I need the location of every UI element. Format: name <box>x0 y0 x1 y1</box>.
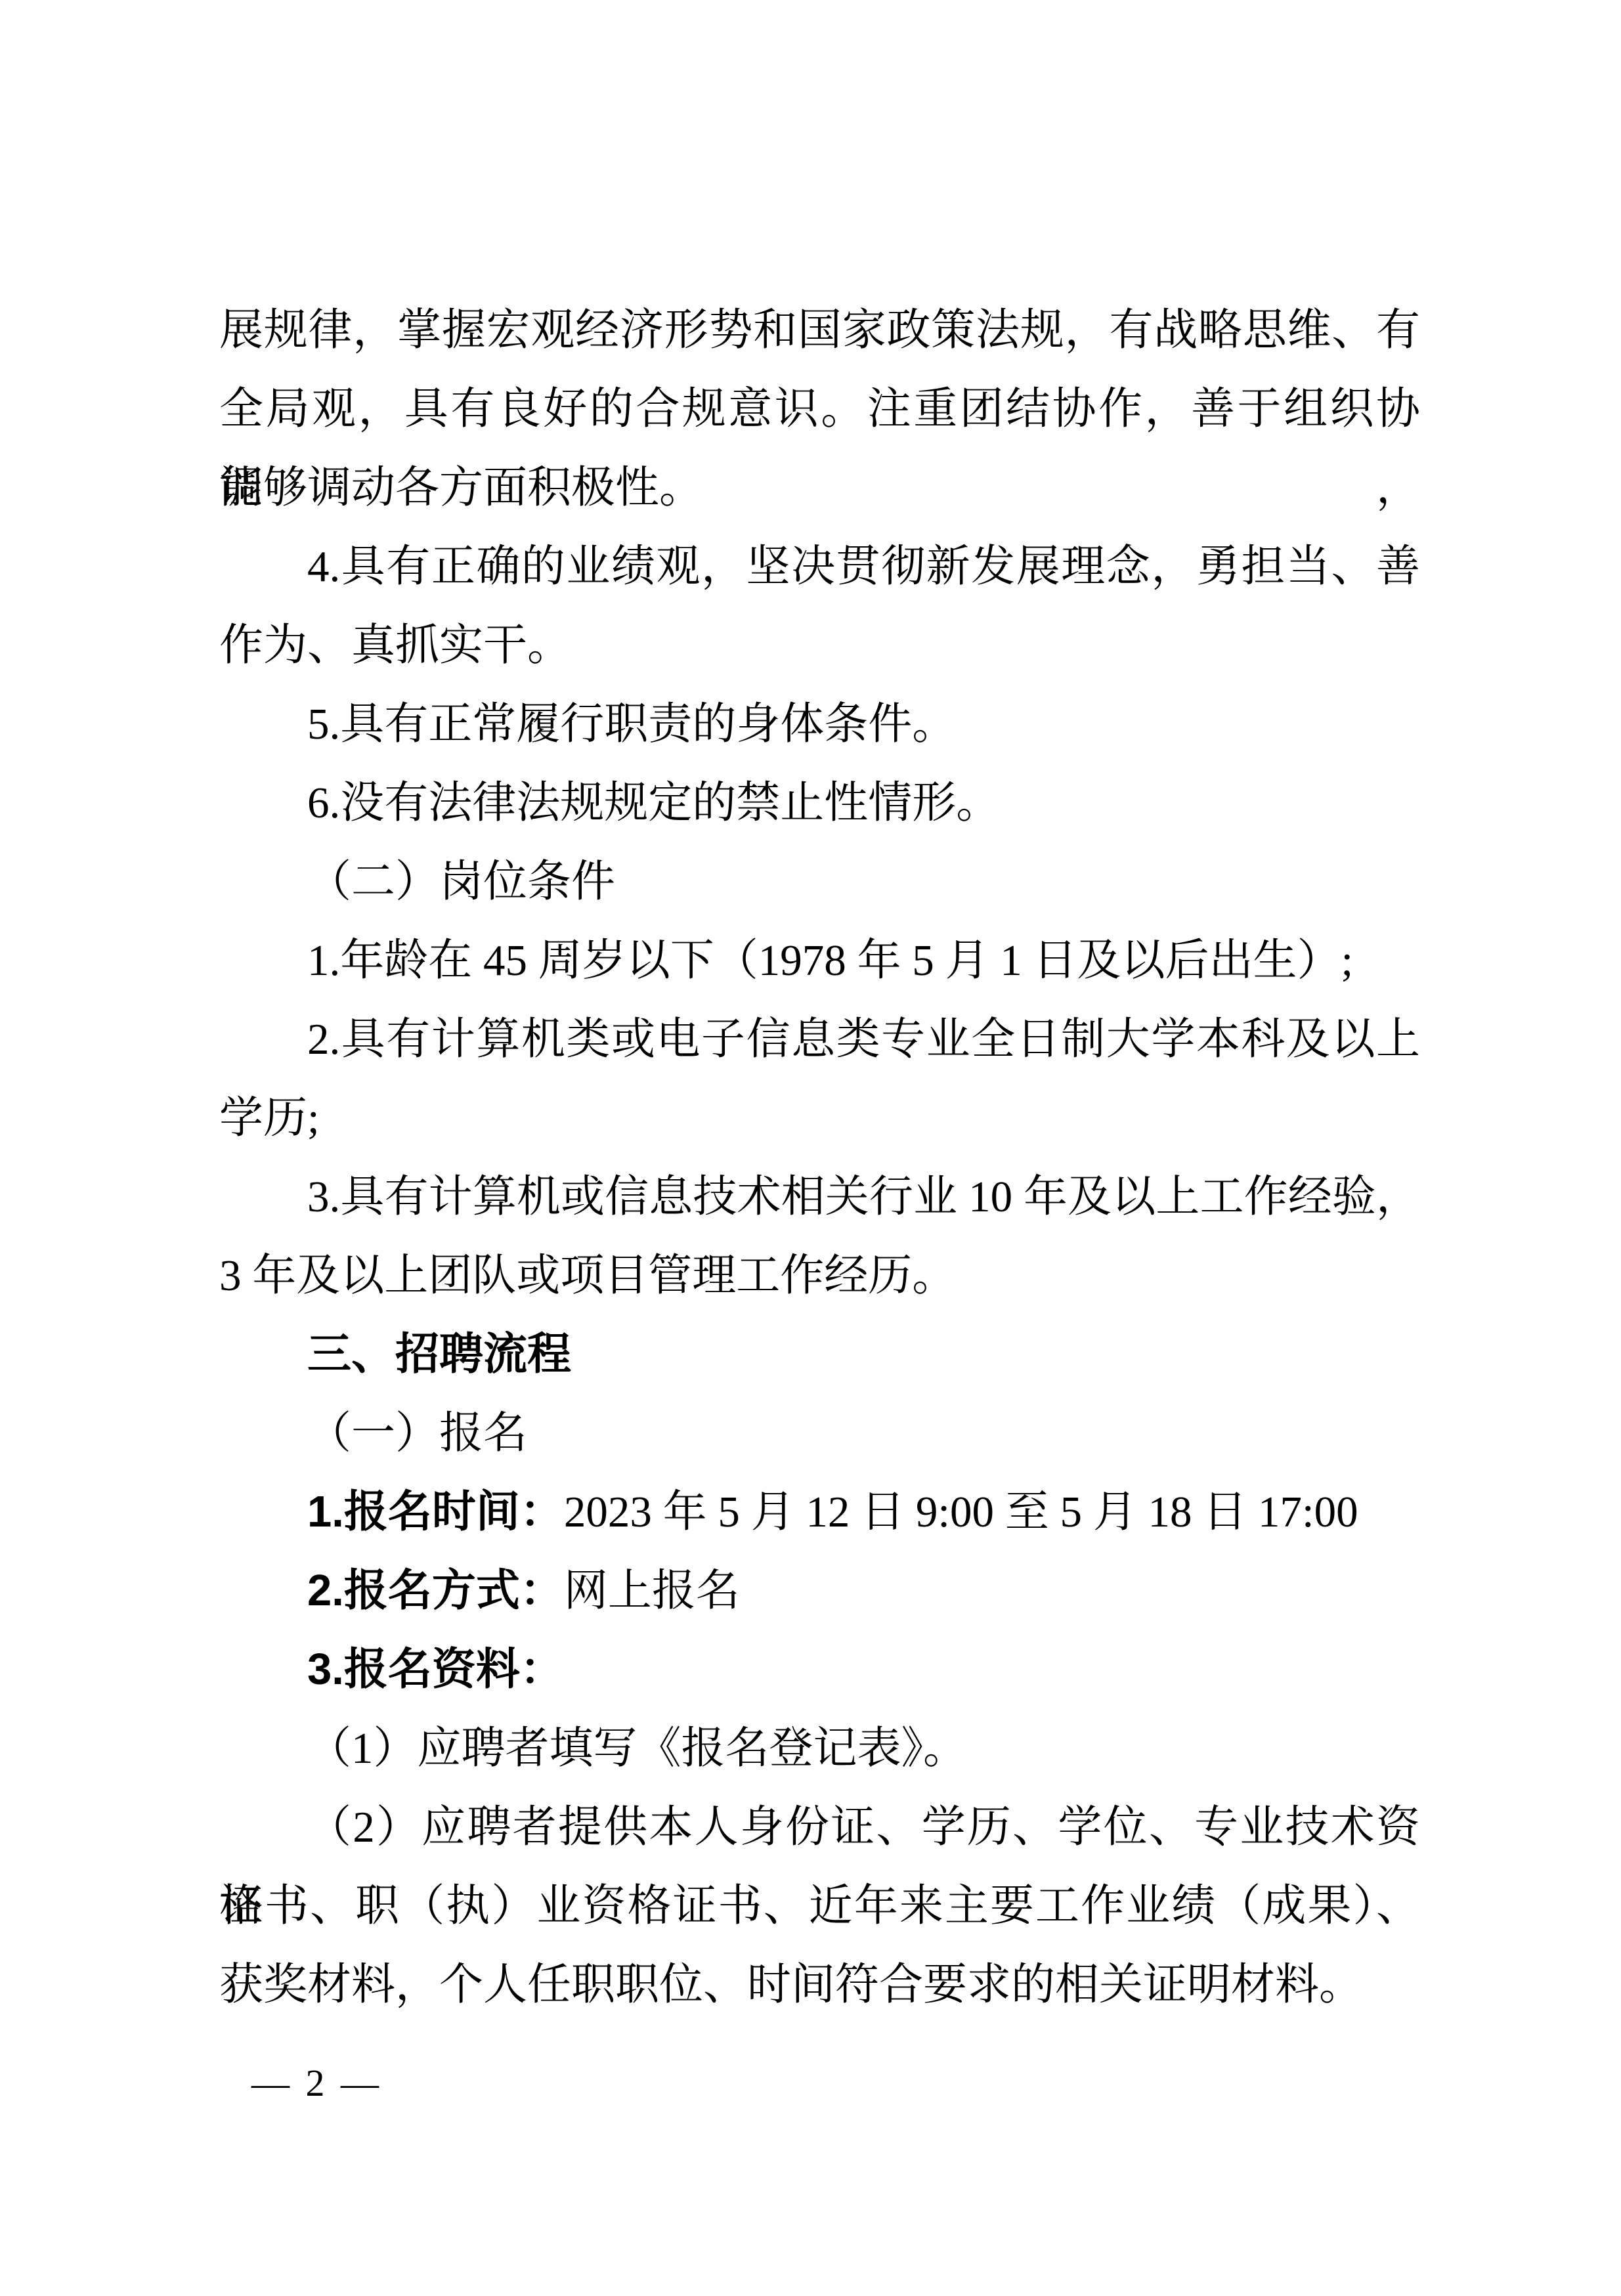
text-line: 6.没有法律法规规定的禁止性情形。 <box>219 764 1420 842</box>
field-label: 1.报名时间： <box>307 1487 564 1536</box>
field-label: 2.报名方式： <box>307 1566 564 1615</box>
text-line: 展规律，掌握宏观经济形势和国家政策法规，有战略思维、有 <box>219 291 1420 370</box>
field-value: 2023 年 5 月 12 日 9:00 至 5 月 18 日 17:00 <box>564 1488 1358 1536</box>
text-line: 5.具有正常履行职责的身体条件。 <box>219 685 1420 764</box>
field-value: 网上报名 <box>564 1567 740 1615</box>
text-line: 2.报名方式：网上报名 <box>219 1551 1420 1630</box>
text-line: 作为、真抓实干。 <box>219 606 1420 685</box>
text-line: 获奖材料，个人任职职位、时间符合要求的相关证明材料。 <box>219 1945 1420 2024</box>
section-heading: （二）岗位条件 <box>219 842 1420 921</box>
text-line: 3 年及以上团队或项目管理工作经历。 <box>219 1236 1420 1315</box>
section-heading: （一）报名 <box>219 1394 1420 1473</box>
chapter-heading: 三、招聘流程 <box>219 1315 1420 1394</box>
document-body: 展规律，掌握宏观经济形势和国家政策法规，有战略思维、有 全局观，具有良好的合规意… <box>219 291 1420 2024</box>
text-line: 1.报名时间：2023 年 5 月 12 日 9:00 至 5 月 18 日 1… <box>219 1473 1420 1551</box>
text-line: （2）应聘者提供本人身份证、学历、学位、专业技术资格 <box>219 1788 1420 1867</box>
page-number: — 2 — <box>251 2060 379 2106</box>
text-line: 全局观，具有良好的合规意识。注重团结协作，善于组织协调， <box>219 370 1420 448</box>
text-line: 4.具有正确的业绩观，坚决贯彻新发展理念，勇担当、善 <box>219 527 1420 606</box>
text-line: 证书、职（执）业资格证书、近年来主要工作业绩（成果）、 <box>219 1867 1420 1945</box>
text-line: 3.具有计算机或信息技术相关行业 10 年及以上工作经验， <box>219 1158 1420 1236</box>
field-label: 3.报名资料： <box>219 1630 1420 1709</box>
text-line: 2.具有计算机类或电子信息类专业全日制大学本科及以上 <box>219 1000 1420 1079</box>
text-line: 1.年龄在 45 周岁以下（1978 年 5 月 1 日及以后出生）; <box>219 921 1420 1000</box>
text-line: （1）应聘者填写《报名登记表》。 <box>219 1709 1420 1788</box>
text-line: 学历; <box>219 1079 1420 1158</box>
document-page: 展规律，掌握宏观经济形势和国家政策法规，有战略思维、有 全局观，具有良好的合规意… <box>0 0 1621 2296</box>
